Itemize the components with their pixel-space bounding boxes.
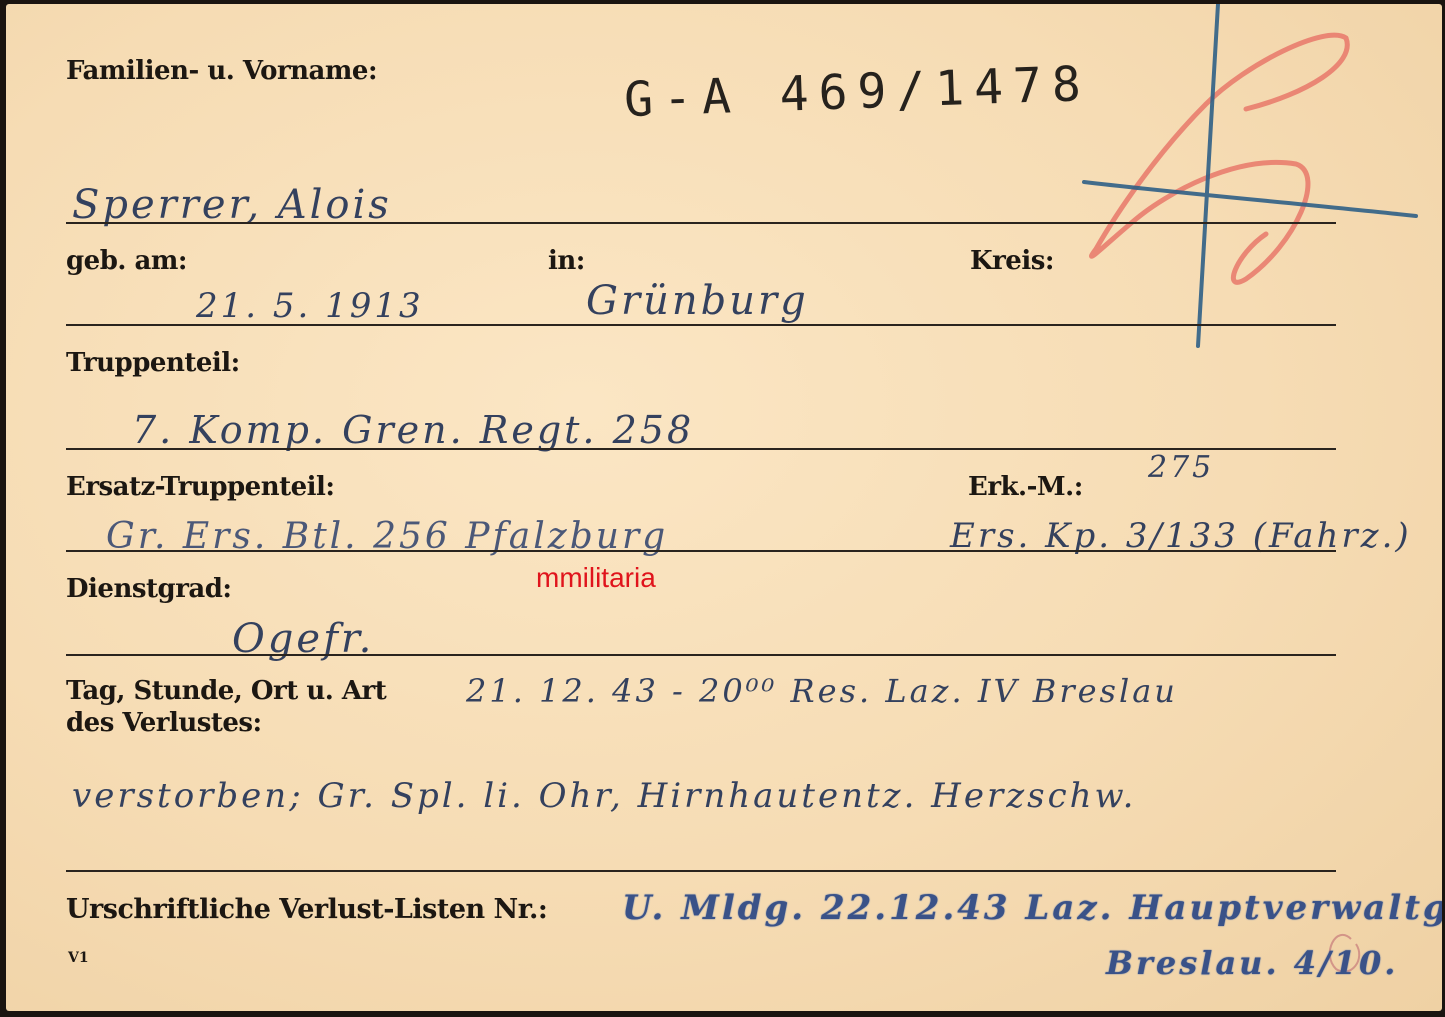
unit-rule bbox=[66, 448, 1336, 450]
rank-rule bbox=[66, 654, 1336, 656]
loss-label-line1: Tag, Stunde, Ort u. Art bbox=[66, 676, 386, 706]
loss-value-line1: 21. 12. 43 - 20⁰⁰ Res. Laz. IV Breslau bbox=[466, 672, 1178, 710]
district-label: Kreis: bbox=[970, 246, 1054, 276]
unit-label: Truppenteil: bbox=[66, 348, 240, 378]
unit-value: 7. Komp. Gren. Regt. 258 bbox=[132, 408, 694, 452]
birth-date-label: geb. am: bbox=[66, 246, 187, 276]
watermark: mmilitaria bbox=[536, 562, 656, 594]
loss-list-label: Urschriftliche Verlust-Listen Nr.: bbox=[66, 894, 547, 925]
loss-value-line2: verstorben; Gr. Spl. li. Ohr, Hirnhauten… bbox=[72, 776, 1136, 816]
rank-label: Dienstgrad: bbox=[66, 574, 232, 604]
red-pencil-mark-icon bbox=[1092, 35, 1348, 282]
loss-list-value-line1: U. Mldg. 22.12.43 Laz. Hauptverwaltg. bbox=[622, 888, 1442, 928]
id-tag-number: 275 bbox=[1148, 450, 1214, 485]
id-tag-label: Erk.-M.: bbox=[968, 472, 1083, 502]
form-code: V1 bbox=[68, 950, 89, 966]
casualty-index-card: G-A 469/1478 Familien- u. Vorname: Sperr… bbox=[6, 4, 1442, 1011]
birth-place-label: in: bbox=[548, 246, 585, 276]
loss-rule bbox=[66, 870, 1336, 872]
name-label: Familien- u. Vorname: bbox=[66, 56, 377, 86]
replacement-unit-rule bbox=[66, 550, 1336, 552]
name-rule bbox=[66, 222, 1336, 224]
loss-list-value-line2: Breslau. 4/10. bbox=[1106, 944, 1398, 982]
loss-label-line2: des Verlustes: bbox=[66, 708, 262, 738]
birth-date-value: 21. 5. 1913 bbox=[196, 286, 424, 326]
birth-place-value: Grünburg bbox=[586, 278, 809, 324]
blue-pencil-cross-icon bbox=[1084, 4, 1416, 346]
pencil-marks bbox=[6, 4, 1442, 1011]
birth-rule bbox=[66, 324, 1336, 326]
replacement-unit-label: Ersatz-Truppenteil: bbox=[66, 472, 335, 502]
